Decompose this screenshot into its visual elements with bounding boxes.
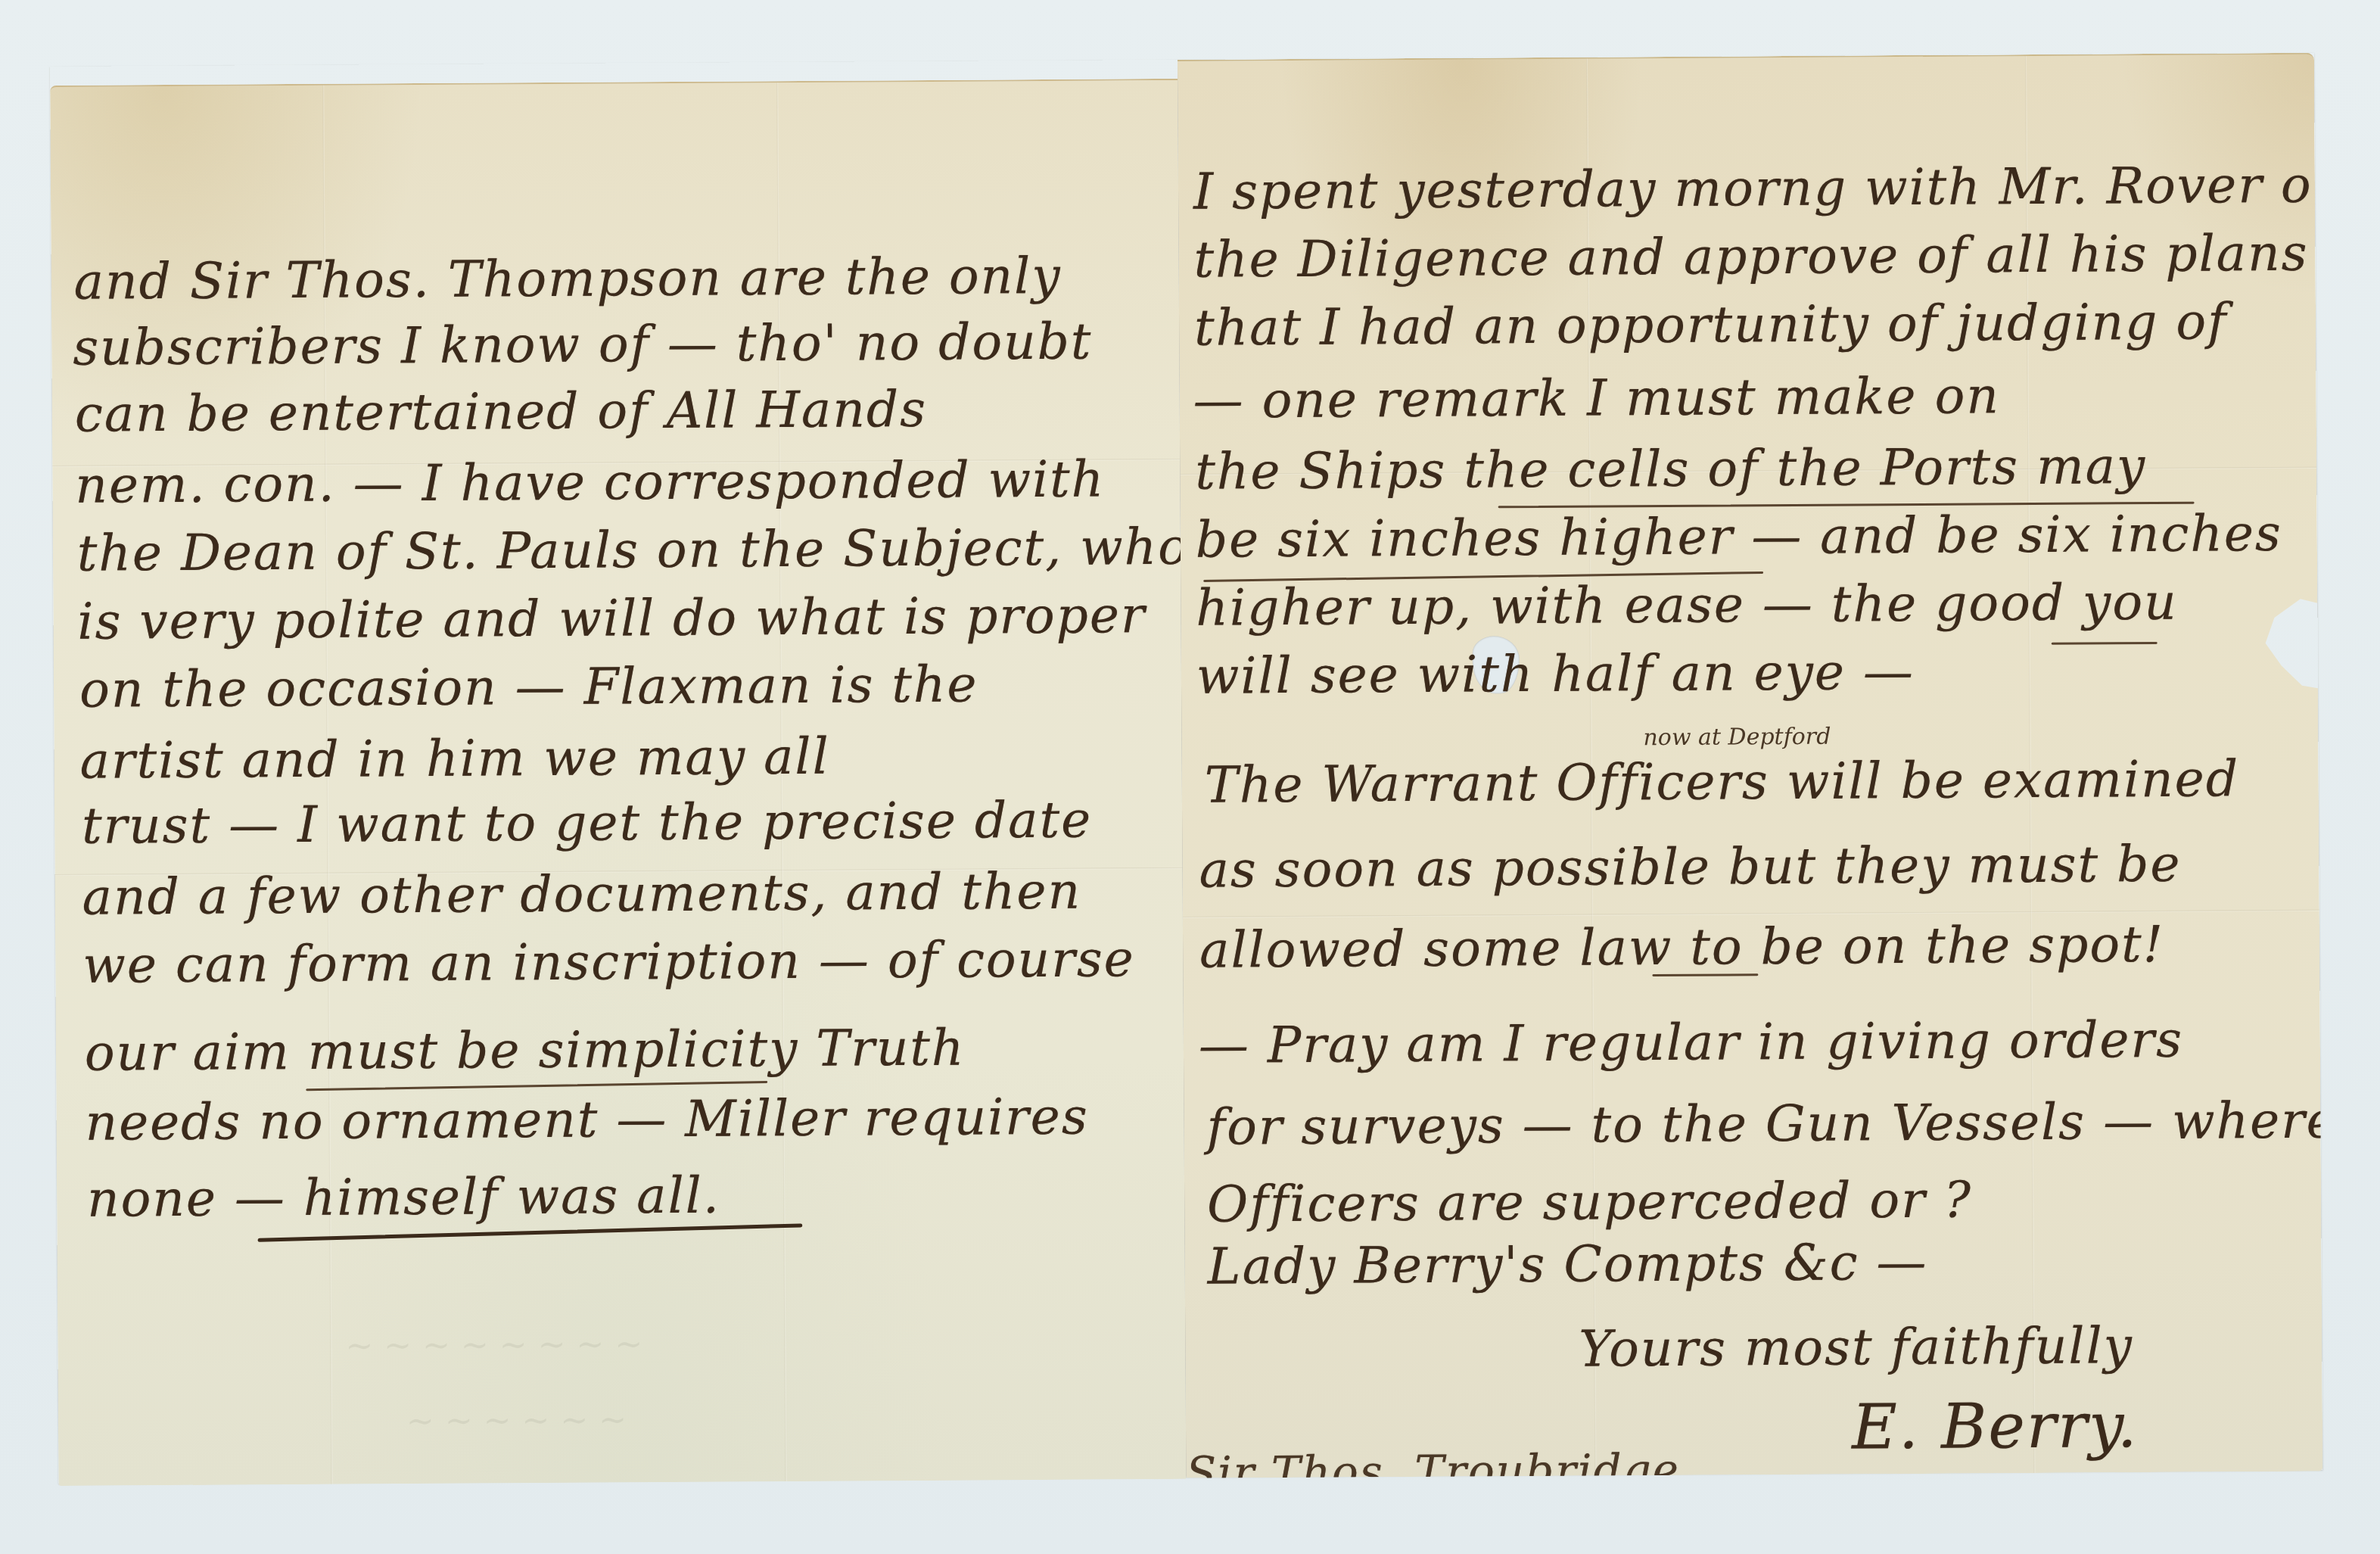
letter-line: can be entertained of All Hands [75,385,927,440]
letter-line: nem. con. — I have corresponded with [75,454,1105,510]
letter-line: none — himself was all. [87,1171,720,1225]
interlinear-insertion: now at Deptford [1643,724,1831,752]
ink-show-through: ~ ~ ~ ~ ~ ~ [406,1400,627,1440]
letter-line: subscribers I know of — tho' no doubt [73,317,1092,373]
letter-line: that I had an opportunity of judging of [1194,297,2228,353]
addressee: Sir Thos. Troubridge [1186,1448,1680,1495]
signature: E. Berry. [1852,1395,2139,1459]
left-page: ~ ~ ~ ~ ~ ~ ~ ~ ~ ~ ~ ~ ~ ~ and Sir Thos… [50,79,1186,1486]
letter-line: be six inches higher — and be six inches [1196,509,2282,565]
letter-line: we can form an inscription — of course [82,934,1135,990]
letter-line: needs no ornament — Miller requires [85,1092,1089,1148]
underline-stroke [2052,642,2158,645]
line-text: our aim must be simplicity Truth [85,1019,966,1082]
letter-sheet: ~ ~ ~ ~ ~ ~ ~ ~ ~ ~ ~ ~ ~ ~ and Sir Thos… [50,53,2322,1484]
letter-line: and Sir Thos. Thompson are the only [74,251,1062,307]
underline-stroke [1652,973,1758,976]
letter-line: higher up, with ease — the good you [1196,578,2178,634]
letter-line-underlined: our aim must be simplicity Truth [85,1023,966,1079]
letter-line: allowed some law to be on the spot! [1199,920,2164,976]
letter-line: for surveys — to the Gun Vessels — where [1206,1096,2338,1153]
ink-show-through: ~ ~ ~ ~ ~ ~ ~ ~ [345,1325,642,1365]
photo-backdrop: ~ ~ ~ ~ ~ ~ ~ ~ ~ ~ ~ ~ ~ ~ and Sir Thos… [0,0,2380,1554]
letter-line: The Warrant Officers will be examined [1205,754,2240,810]
letter-line: Officers are superceded or ? [1207,1176,1972,1230]
letter-line: I spent yesterday morng with Mr. Rover o… [1193,160,2380,217]
letter-line: artist and in him we may all [79,732,829,786]
letter-line: Lady Berry's Compts &c — [1208,1238,1928,1292]
letter-line: and a few other documents, and then [82,867,1082,923]
letter-line: the Diligence and approve of all his pla… [1193,229,2308,285]
right-page: I spent yesterday morng with Mr. Rover o… [1178,53,2322,1478]
letter-line: trust — I want to get the precise date [82,796,1092,852]
letter-line: — one remark I must make on [1193,371,2000,426]
letter-line: on the occasion — Flaxman is the [79,660,978,715]
letter-line: — Pray am I regular in giving orders [1199,1015,2183,1071]
letter-line: as soon as possible but they must be [1199,839,2181,895]
letter-line: the Ships the cells of the Ports may [1195,441,2146,497]
letter-line: the Dean of St. Pauls on the Subject, wh… [77,522,1190,579]
closing-salutation: Yours most faithfully [1579,1321,2133,1374]
letter-line: will see with half an eye — [1196,647,1915,702]
letter-line: is very polite and will do what is prope… [77,590,1146,647]
